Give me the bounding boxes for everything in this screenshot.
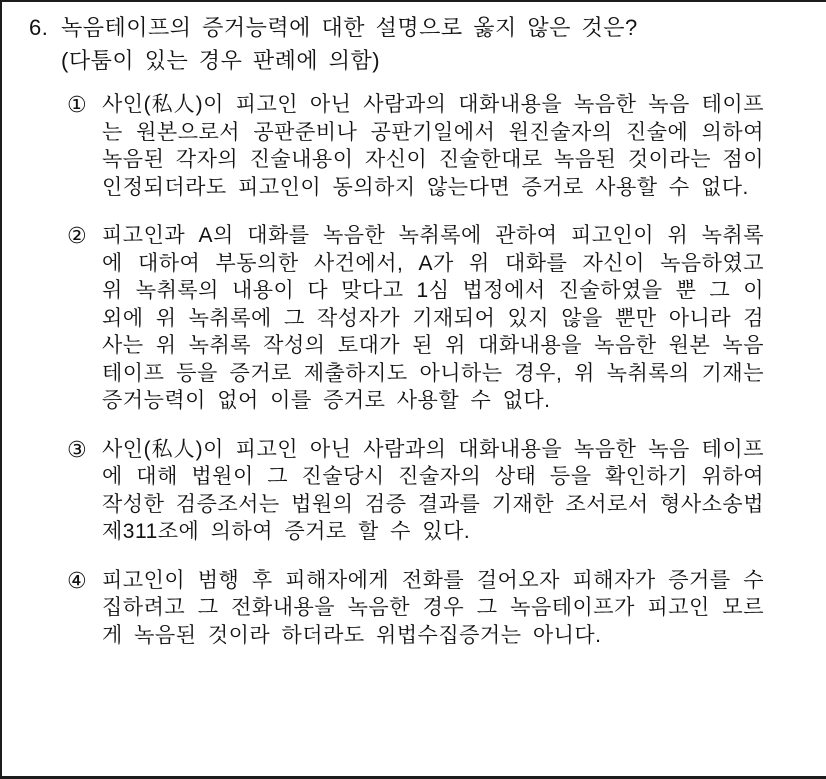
question-text: 녹음테이프의 증거능력에 대한 설명으로 옳지 않은 것은? xyxy=(61,11,762,44)
choice-2-text: 피고인과 A의 대화를 녹음한 녹취록에 관하여 피고인이 위 녹취록에 대하여… xyxy=(102,224,764,412)
choice-list: ① 사인(私人)이 피고인 아닌 사람과의 대화내용을 녹음한 녹음 테이프는 … xyxy=(2,91,826,649)
question-number: 6. xyxy=(29,11,48,44)
choice-4-text: 피고인이 범행 후 피해자에게 전화를 걸어오자 피해자가 증거를 수집하려고 … xyxy=(102,569,764,647)
exam-page: 6. 녹음테이프의 증거능력에 대한 설명으로 옳지 않은 것은? (다툼이 있… xyxy=(0,0,826,779)
choice-4: ④ 피고인이 범행 후 피해자에게 전화를 걸어오자 피해자가 증거를 수집하려… xyxy=(2,567,764,650)
choice-2: ② 피고인과 A의 대화를 녹음한 녹취록에 관하여 피고인이 위 녹취록에 대… xyxy=(2,222,764,415)
choice-1-marker: ① xyxy=(67,91,87,119)
question-note: (다툼이 있는 경우 판례에 의함) xyxy=(61,44,762,77)
choice-4-marker: ④ xyxy=(67,567,87,595)
choice-2-marker: ② xyxy=(67,222,87,250)
choice-1: ① 사인(私人)이 피고인 아닌 사람과의 대화내용을 녹음한 녹음 테이프는 … xyxy=(2,91,764,201)
choice-3-marker: ③ xyxy=(67,436,87,464)
choice-3: ③ 사인(私人)이 피고인 아닌 사람과의 대화내용을 녹음한 녹음 테이프에 … xyxy=(2,436,764,546)
choice-1-text: 사인(私人)이 피고인 아닌 사람과의 대화내용을 녹음한 녹음 테이프는 원본… xyxy=(102,93,764,199)
question-block: 6. 녹음테이프의 증거능력에 대한 설명으로 옳지 않은 것은? (다툼이 있… xyxy=(2,11,826,77)
choice-3-text: 사인(私人)이 피고인 아닌 사람과의 대화내용을 녹음한 녹음 테이프에 대해… xyxy=(102,438,764,544)
